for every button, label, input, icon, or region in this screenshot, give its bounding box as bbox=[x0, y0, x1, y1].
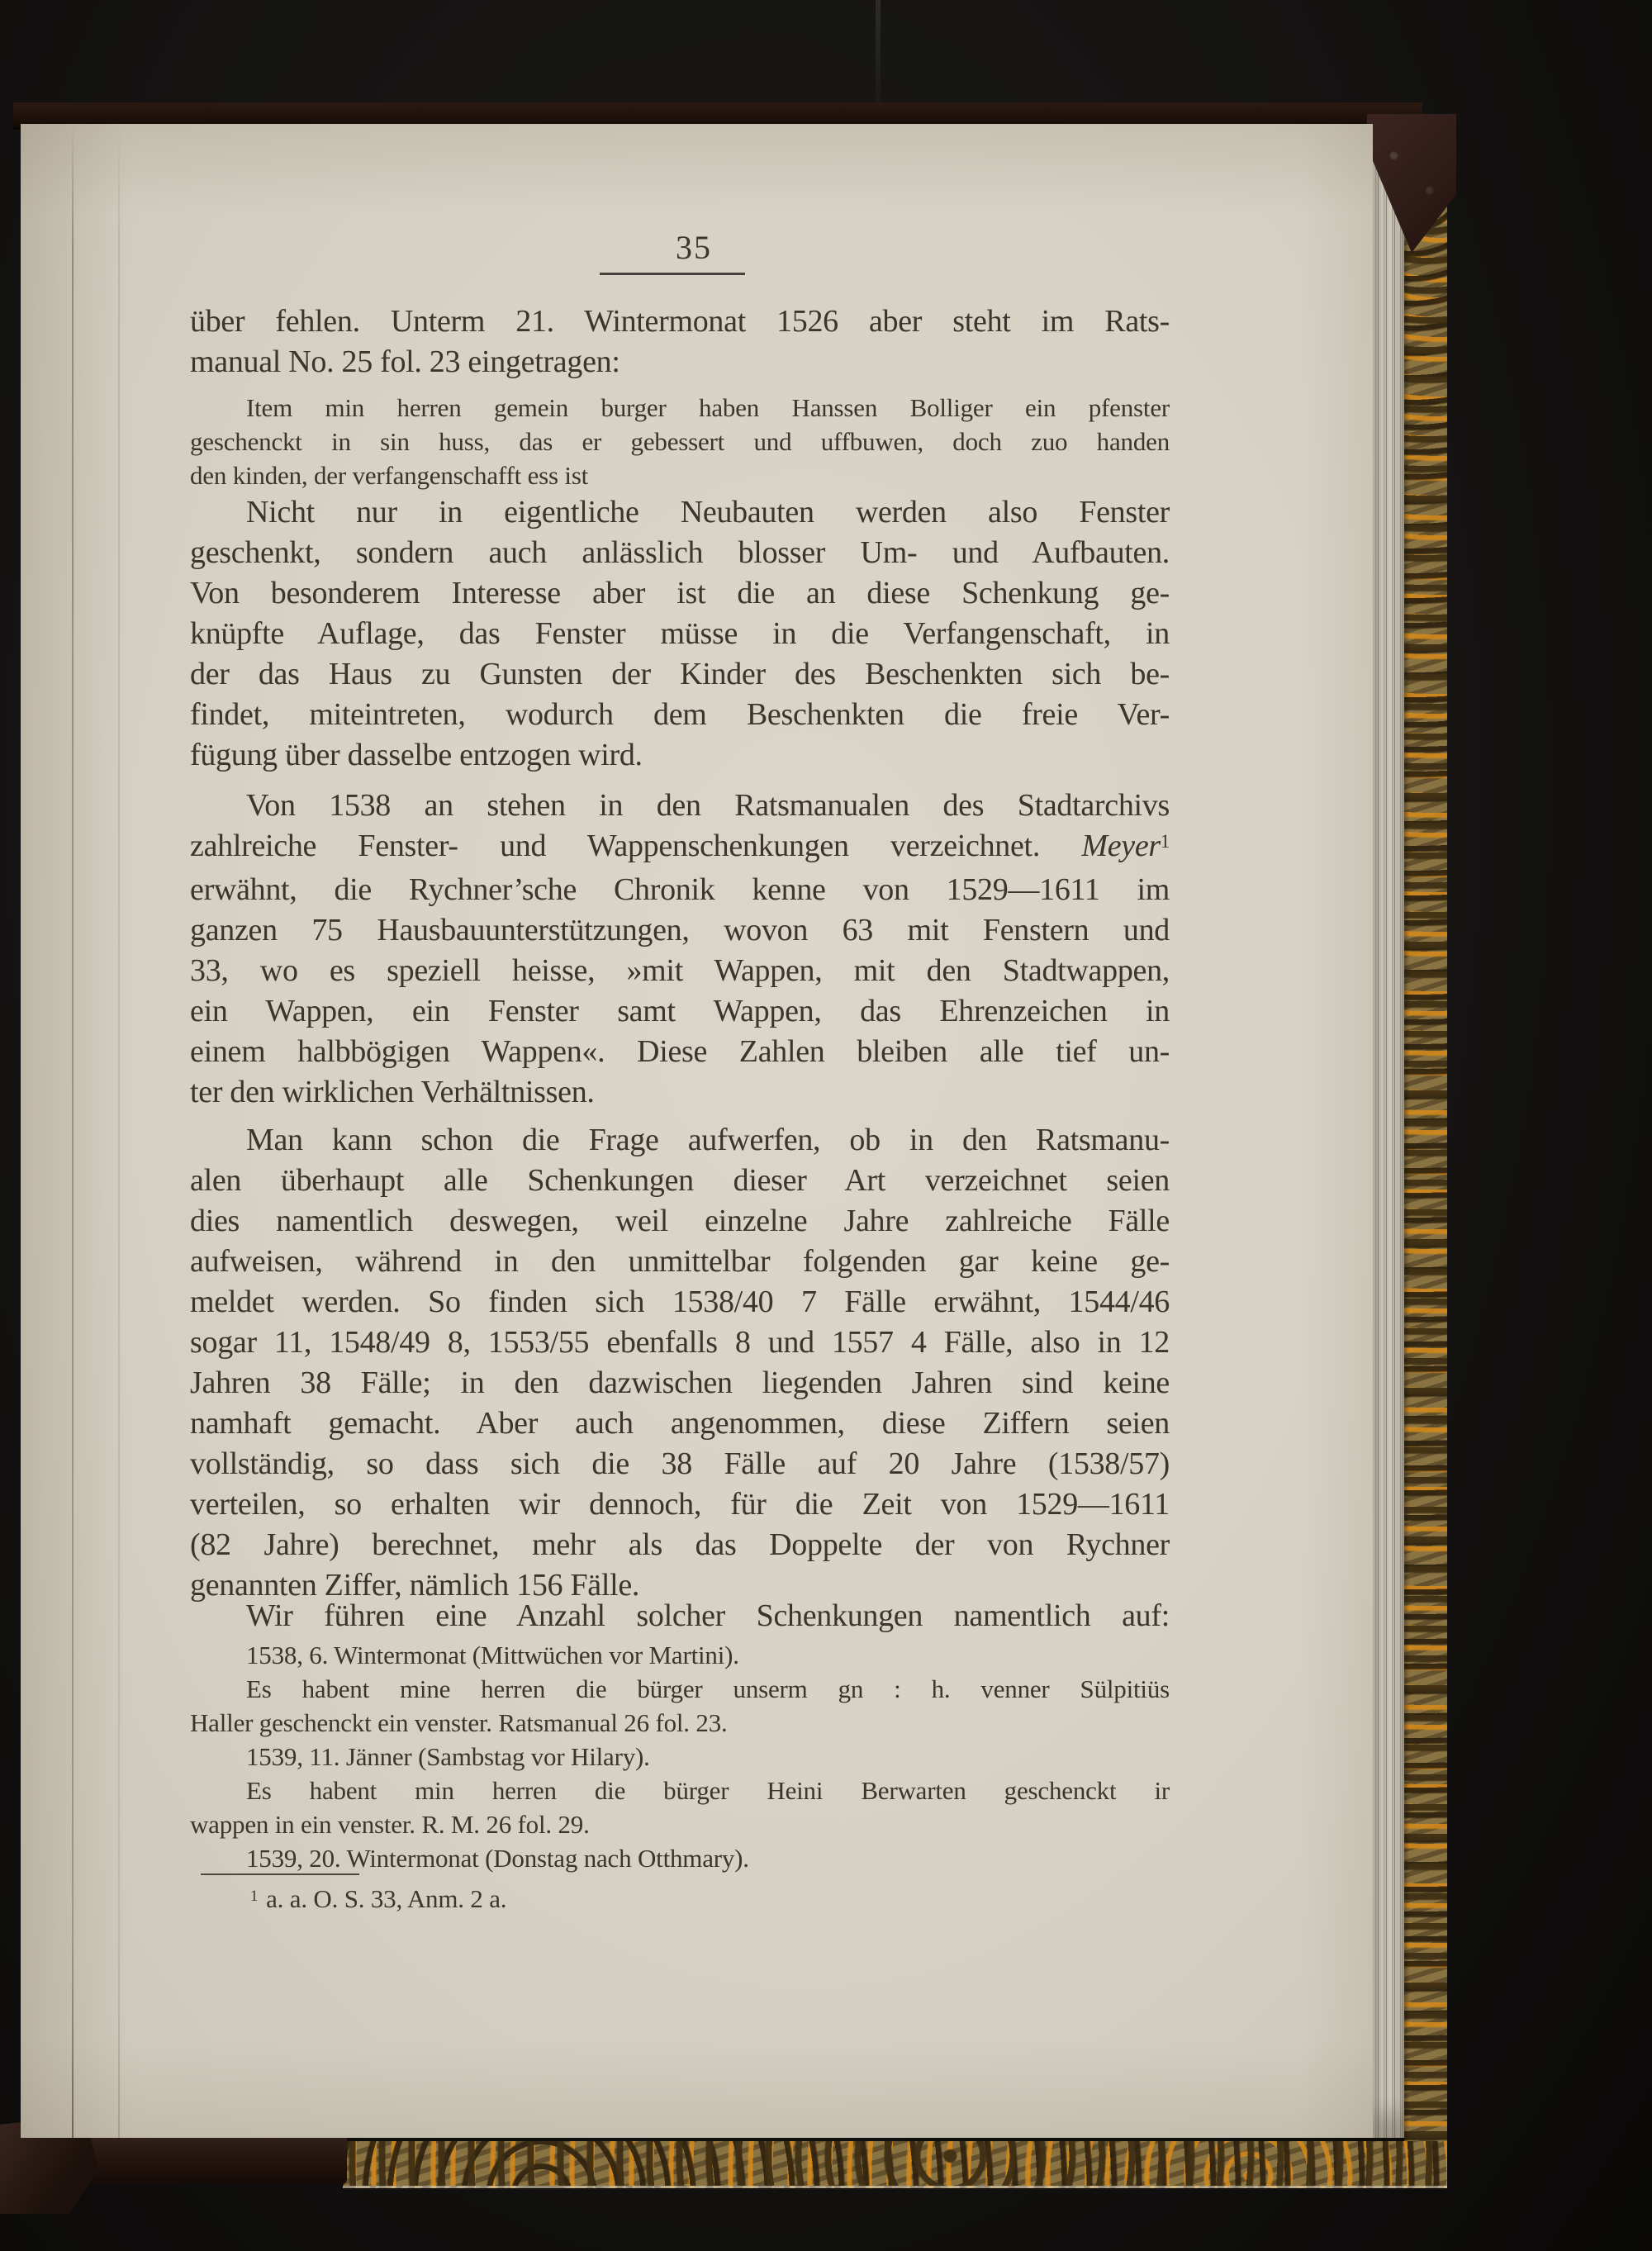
text-line: findet, miteintreten, wodurch dem Besche… bbox=[190, 695, 1170, 735]
text-line: geschenkt, sondern auch anlässlich bloss… bbox=[190, 533, 1170, 573]
text-line: 33, wo es speziell heisse, »mit Wappen, … bbox=[190, 951, 1170, 991]
footnote-text: a. a. O. S. 33, Anm. 2 a. bbox=[266, 1884, 506, 1913]
text-line: ganzen 75 Hausbauunterstützungen, wovon … bbox=[190, 910, 1170, 951]
text-segment: zahlreiche Fenster- und Wappenschenkunge… bbox=[190, 829, 1081, 863]
text-line: den kinden, der verfangenschafft ess ist bbox=[190, 458, 1170, 492]
text-line: dies namentlich deswegen, weil einzelne … bbox=[190, 1201, 1170, 1242]
text-line: aufweisen, während in den unmittelbar fo… bbox=[190, 1242, 1170, 1282]
footnote-rule bbox=[201, 1873, 359, 1875]
text-column: über fehlen. Unterm 21. Wintermonat 1526… bbox=[190, 302, 1170, 1875]
text-line: vollständig, so dass sich die 38 Fälle a… bbox=[190, 1444, 1170, 1484]
text-line: der das Haus zu Gunsten der Kinder des B… bbox=[190, 654, 1170, 695]
text-line: fügung über dasselbe entzogen wird. bbox=[190, 735, 1170, 776]
marbled-cover-strip-bottom bbox=[343, 2141, 1447, 2188]
paragraph-para-neubauten: Nicht nur in eigentliche Neubauten werde… bbox=[190, 492, 1170, 776]
text-line: verteilen, so erhalten wir dennoch, für … bbox=[190, 1484, 1170, 1525]
text-line: geschenckt in sin huss, das er gebessert… bbox=[190, 425, 1170, 458]
text-line: knüpfte Auflage, das Fenster müsse in di… bbox=[190, 614, 1170, 654]
text-line: Von besonderem Interesse aber ist die an… bbox=[190, 573, 1170, 614]
text-line: Man kann schon die Frage aufwerfen, ob i… bbox=[190, 1120, 1170, 1161]
text-line: erwähnt, die Rychner’sche Chronik kenne … bbox=[190, 870, 1170, 910]
footnote-marker: 1 bbox=[250, 1888, 258, 1905]
text-line: Item min herren gemein burger haben Hans… bbox=[190, 391, 1170, 425]
footnote: 1a. a. O. S. 33, Anm. 2 a. bbox=[250, 1882, 506, 1920]
paragraph-para-continuation: über fehlen. Unterm 21. Wintermonat 1526… bbox=[190, 302, 1170, 382]
text-line: zahlreiche Fenster- und Wappenschenkunge… bbox=[190, 826, 1170, 870]
text-line: manual No. 25 fol. 23 eingetragen: bbox=[190, 342, 1170, 382]
marbled-cover-strip-right bbox=[1404, 124, 1447, 2187]
text-line: ter den wirklichen Verhältnissen. bbox=[190, 1072, 1170, 1113]
text-line: Nicht nur in eigentliche Neubauten werde… bbox=[190, 492, 1170, 533]
text-line: über fehlen. Unterm 21. Wintermonat 1526… bbox=[190, 302, 1170, 342]
paragraph-para-wir-fuehren: Wir führen eine Anzahl solcher Schenkung… bbox=[190, 1596, 1170, 1636]
text-line: Wir führen eine Anzahl solcher Schenkung… bbox=[190, 1596, 1170, 1636]
paragraph-entries: 1538, 6. Wintermonat (Mittwüchen vor Mar… bbox=[190, 1638, 1170, 1875]
text-line: 1538, 6. Wintermonat (Mittwüchen vor Mar… bbox=[190, 1638, 1170, 1672]
page-number-underline bbox=[600, 273, 745, 275]
text-line: namhaft gemacht. Aber auch angenommen, d… bbox=[190, 1403, 1170, 1444]
text-line: 1539, 20. Wintermonat (Donstag nach Otth… bbox=[190, 1841, 1170, 1875]
paragraph-para-frage: Man kann schon die Frage aufwerfen, ob i… bbox=[190, 1120, 1170, 1606]
paragraph-quote-1526: Item min herren gemein burger haben Hans… bbox=[190, 391, 1170, 492]
book-page: 35 über fehlen. Unterm 21. Wintermonat 1… bbox=[21, 124, 1373, 2138]
text-line: wappen in ein venster. R. M. 26 fol. 29. bbox=[190, 1807, 1170, 1841]
footnote-reference-mark: 1 bbox=[1161, 831, 1170, 852]
text-line: Es habent mine herren die bürger unserm … bbox=[190, 1672, 1170, 1706]
page-fore-edge-stack bbox=[1373, 124, 1404, 2138]
text-line: Haller geschenckt ein venster. Ratsmanua… bbox=[190, 1706, 1170, 1740]
page-gutter-crease bbox=[72, 124, 74, 2138]
text-line: Von 1538 an stehen in den Ratsmanualen d… bbox=[190, 786, 1170, 826]
text-line: (82 Jahre) berechnet, mehr als das Doppe… bbox=[190, 1525, 1170, 1565]
text-line: 1539, 11. Jänner (Sambstag vor Hilary). bbox=[190, 1740, 1170, 1774]
text-line: ein Wappen, ein Fenster samt Wappen, das… bbox=[190, 991, 1170, 1032]
page-gutter-crease-2 bbox=[118, 124, 120, 2138]
text-line: alen überhaupt alle Schenkungen dieser A… bbox=[190, 1161, 1170, 1201]
page-number: 35 bbox=[632, 228, 756, 267]
cited-author-name: Meyer bbox=[1081, 829, 1161, 863]
book-scan: 35 über fehlen. Unterm 21. Wintermonat 1… bbox=[0, 0, 1652, 2251]
text-line: sogar 11, 1548/49 8, 1553/55 ebenfalls 8… bbox=[190, 1323, 1170, 1363]
text-line: Jahren 38 Fälle; in den dazwischen liege… bbox=[190, 1363, 1170, 1403]
text-line: einem halbbögigen Wappen«. Diese Zahlen … bbox=[190, 1032, 1170, 1072]
text-line: meldet werden. So finden sich 1538/40 7 … bbox=[190, 1282, 1170, 1323]
text-line: Es habent min herren die bürger Heini Be… bbox=[190, 1774, 1170, 1807]
paragraph-para-1538: Von 1538 an stehen in den Ratsmanualen d… bbox=[190, 786, 1170, 1113]
